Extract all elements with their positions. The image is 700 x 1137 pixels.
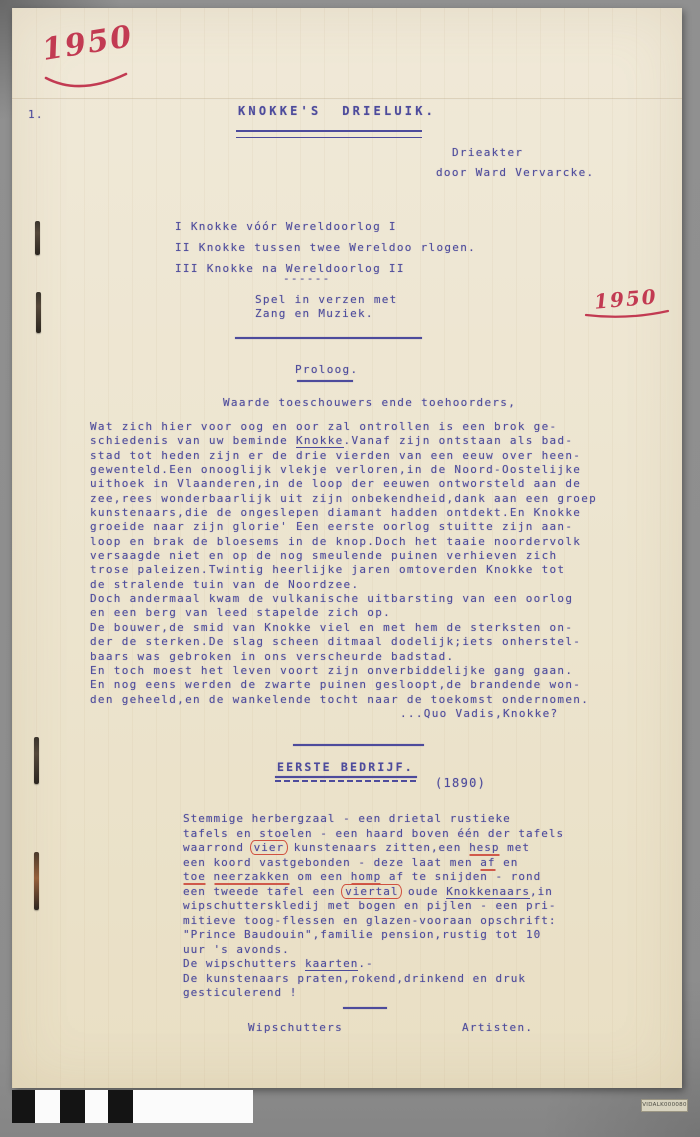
act-divider-rule (293, 744, 424, 746)
red-circled-word: vier (250, 840, 289, 855)
prologue-closing: ...Quo Vadis,Knokke? (400, 707, 558, 720)
prologue-line: zee,rees wonderbaarlijk uit zijn onbeken… (90, 492, 597, 506)
paper-crease (12, 98, 682, 100)
part-line: II Knokke tussen twee Wereldoo rlogen. (175, 237, 476, 258)
prologue-line: de stralende tuin van de Noordzee. (90, 578, 597, 592)
prologue-line: baars was gebroken in ons verscheurde ba… (90, 650, 597, 664)
stage-direction-line: gesticulerend ! (183, 986, 564, 1001)
staple (34, 852, 39, 910)
parts-rule: ------ (283, 272, 331, 285)
genre-line-1: Spel in verzen met (255, 293, 398, 306)
prologue-line: En toch moest het leven voort zijn onver… (90, 664, 597, 678)
red-underlined-word: homp (351, 870, 382, 883)
red-underlined-word: neerzakken (214, 870, 290, 883)
stage-direction-line: een tweede tafel een viertal oude Knokke… (183, 885, 564, 900)
calibration-square-black (12, 1090, 35, 1123)
underlined-word: Knokkenaars (446, 885, 530, 899)
underlined-word: kaarten (305, 957, 358, 971)
act-heading-rule-solid (275, 776, 417, 778)
red-underlined-word: af (480, 856, 495, 869)
stage-directions: Stemmige herbergzaal - een drietal rusti… (183, 812, 564, 1001)
stage-direction-line: De kunstenaars praten,rokend,drinkend en… (183, 972, 564, 987)
handwritten-underline-top (42, 70, 132, 96)
act-heading-rule-dashed (275, 780, 417, 782)
archive-label: VIDALK000080 (641, 1099, 688, 1112)
prologue-line: uithoek in Vlaanderen,in de loop der eeu… (90, 477, 597, 491)
prologue-line: versaagde niet en op de nog smeulende pu… (90, 549, 597, 563)
staple (34, 737, 39, 784)
calibration-square-white (85, 1090, 108, 1123)
page-number: 1. (28, 108, 44, 121)
prologue-heading-rule (297, 380, 353, 382)
calibration-square-white (35, 1090, 60, 1123)
prologue-line: kunstenaars,die de ongeslepen diamant ha… (90, 506, 597, 520)
prologue-line: groeide naar zijn glorie' Een eerste oor… (90, 520, 597, 534)
act-heading: EERSTE BEDRIJF. (277, 760, 414, 774)
play-title: KNOKKE'S DRIELUIK. (238, 104, 436, 118)
subtitle-author: door Ward Vervarcke. (436, 166, 594, 179)
prologue-heading: Proloog. (295, 363, 358, 376)
stage-direction-line: tafels en stoelen - een haard boven één … (183, 827, 564, 842)
footer-right-label: Artisten. (462, 1021, 533, 1034)
scanned-page: 1950 1. KNOKKE'S DRIELUIK. Drieakter doo… (12, 8, 682, 1088)
genre-line-2: Zang en Muziek. (255, 307, 374, 320)
prologue-line: Wat zich hier voor oog en oor zal ontrol… (90, 420, 597, 434)
footer-rule (343, 1007, 387, 1009)
prologue-line: En nog eens werden de zwarte puinen gesl… (90, 678, 597, 692)
handwritten-year-top: 1950 (40, 19, 136, 68)
calibration-square-black (108, 1090, 133, 1123)
subtitle-drieakter: Drieakter (452, 146, 523, 159)
prologue-line: gewenteld.Een onooglijk vlekje verloren,… (90, 463, 597, 477)
title-rule (236, 130, 422, 138)
red-underlined-word: toe (183, 870, 206, 883)
stage-direction-line: Stemmige herbergzaal - een drietal rusti… (183, 812, 564, 827)
act-year: (1890) (435, 776, 486, 790)
stage-direction-line: toe neerzakken om een homp af te snijden… (183, 870, 564, 885)
prologue-line: stad tot heden zijn er de drie vierden v… (90, 449, 597, 463)
prologue-line: loop en brak de bloesems in de knop.Doch… (90, 535, 597, 549)
stage-direction-line: uur 's avonds. (183, 943, 564, 958)
calibration-strip (0, 1090, 700, 1123)
scanner-background: 1950 1. KNOKKE'S DRIELUIK. Drieakter doo… (0, 0, 700, 1137)
calibration-square-black (60, 1090, 85, 1123)
part-line: I Knokke vóór Wereldoorlog I (175, 216, 476, 237)
parts-list: I Knokke vóór Wereldoorlog III Knokke tu… (175, 216, 476, 279)
red-circled-word: viertal (341, 884, 402, 899)
handwritten-underline-right (582, 308, 672, 322)
prologue-line: trose paleizen.Twintig heerlijke jaren o… (90, 563, 597, 577)
stage-direction-line: een koord vastgebonden - deze laat men a… (183, 856, 564, 871)
staple (36, 292, 41, 333)
section-rule (235, 337, 422, 339)
footer-left-label: Wipschutters (248, 1021, 343, 1034)
stage-direction-line: waarrond vier kunstenaars zitten,een hes… (183, 841, 564, 856)
stage-direction-line: De wipschutters kaarten.- (183, 957, 564, 972)
calibration-white-bar (133, 1090, 253, 1123)
red-underlined-word: hesp (469, 841, 500, 854)
prologue-line: schiedenis van uw beminde Knokke.Vanaf z… (90, 434, 597, 448)
prologue-line: den geheeld,en de wankelende tocht naar … (90, 693, 597, 707)
prologue-line: De bouwer,de smid van Knokke viel en met… (90, 621, 597, 635)
prologue-text: Wat zich hier voor oog en oor zal ontrol… (90, 420, 597, 707)
salutation: Waarde toeschouwers ende toehoorders, (223, 396, 516, 409)
staple (35, 221, 40, 255)
stage-direction-line: "Prince Baudouin",familie pension,rustig… (183, 928, 564, 943)
stage-direction-line: wipschutterskledij met bogen en pijlen -… (183, 899, 564, 914)
underlined-word: Knokke (296, 434, 344, 448)
prologue-line: Doch andermaal kwam de vulkanische uitba… (90, 592, 597, 606)
prologue-line: der de sterken.De slag scheen ditmaal do… (90, 635, 597, 649)
stage-direction-line: mitieve toog-flessen en glazen-vooraan o… (183, 914, 564, 929)
prologue-line: en een berg van leed stapelde zich op. (90, 606, 597, 620)
